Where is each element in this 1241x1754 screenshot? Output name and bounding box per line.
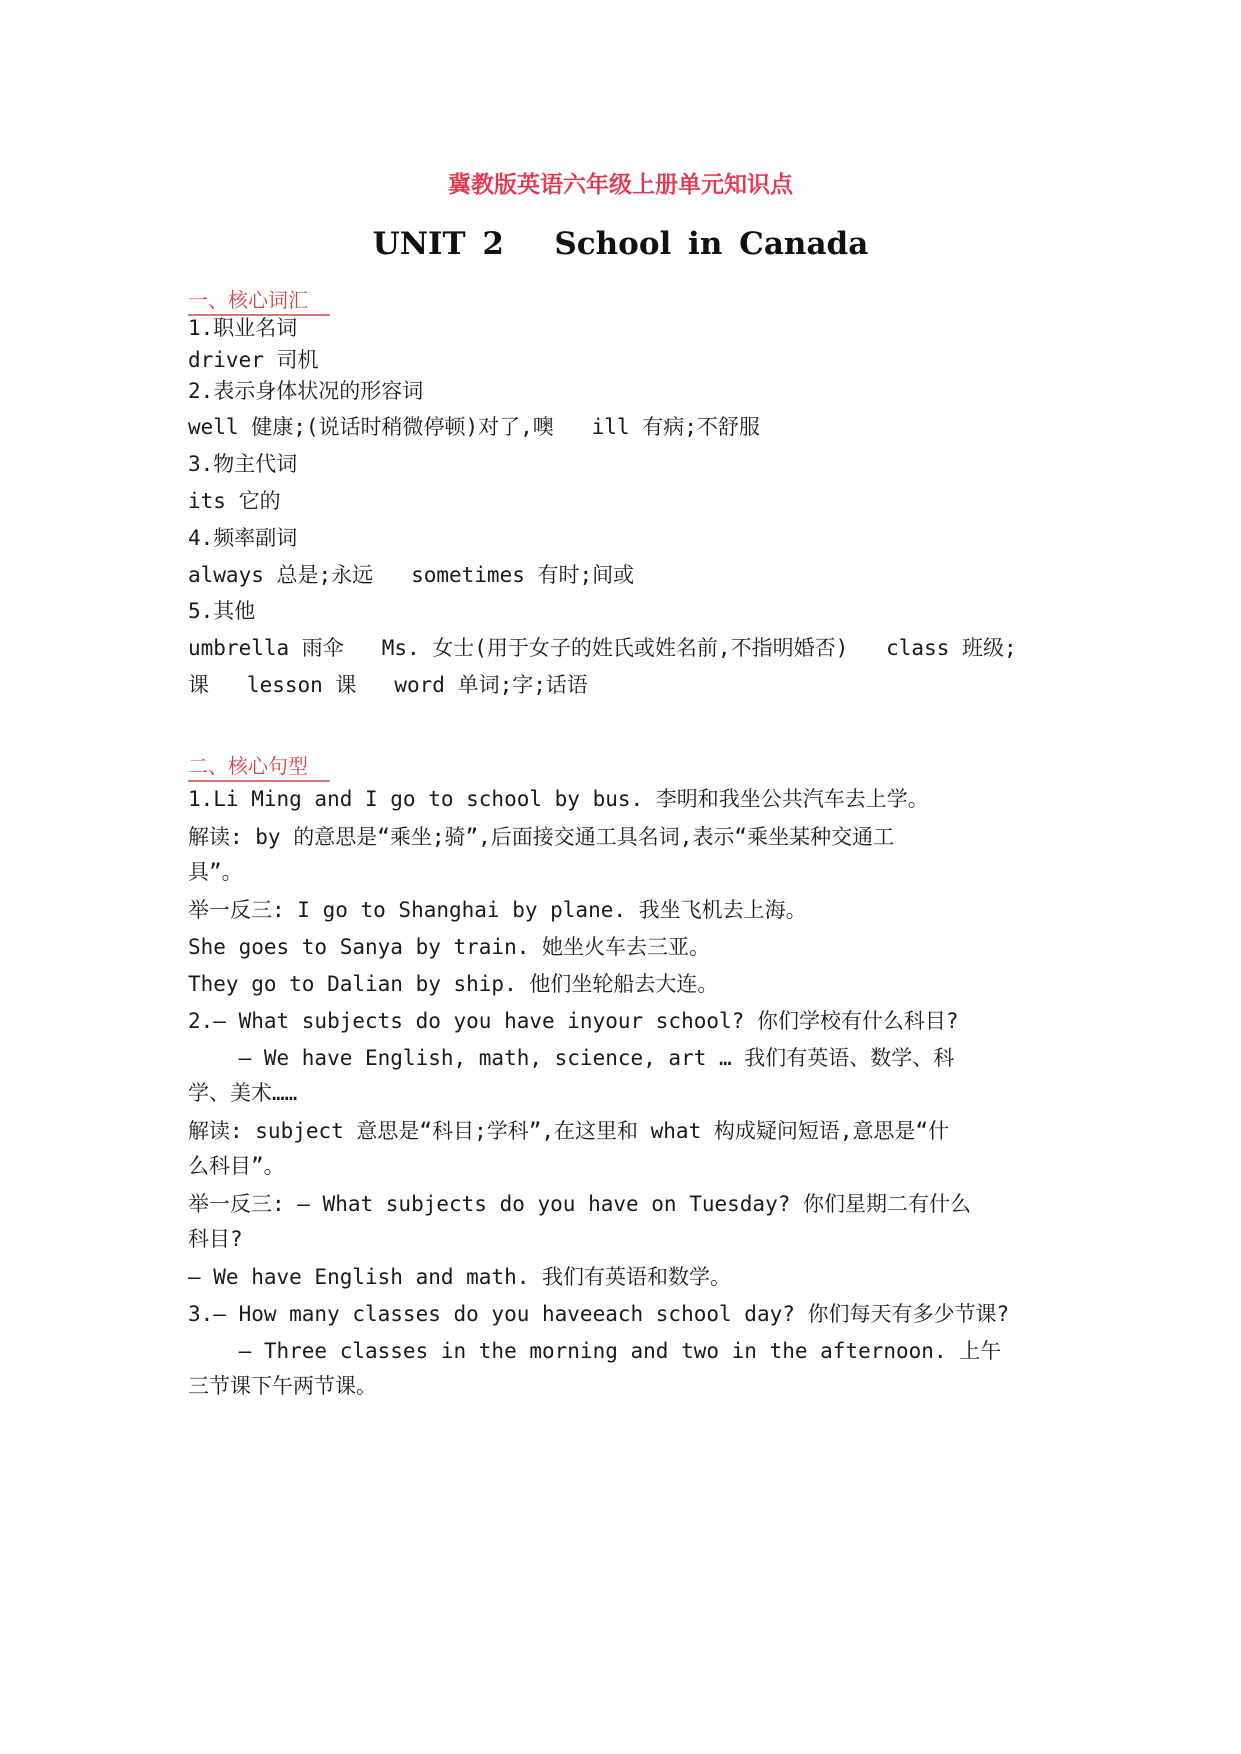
sentence-2-answer: — We have English, math, science, art … … (188, 1043, 954, 1073)
vocab-category-others: 5.其他 (188, 596, 255, 626)
sentence-2-example-question-cont: 科目? (188, 1224, 243, 1254)
document-title: 冀教版英语六年级上册单元知识点 (0, 166, 1241, 199)
sentence-3-answer: — Three classes in the morning and two i… (188, 1336, 1001, 1366)
vocab-entry-its: its 它的 (188, 486, 281, 516)
vocab-entry-others-line2: 课 lesson 课 word 单词;字;话语 (188, 670, 588, 700)
sentence-1-explanation: 解读: by 的意思是“乘坐;骑”,后面接交通工具名词,表示“乘坐某种交通工 (188, 822, 894, 852)
sentence-1-example-3: They go to Dalian by ship. 他们坐轮船去大连。 (188, 969, 718, 999)
sentence-2-explanation-cont: 么科目”。 (188, 1151, 285, 1181)
section-heading-vocabulary: 一、核心词汇 (188, 286, 330, 316)
sentence-1-example-2: She goes to Sanya by train. 她坐火车去三亚。 (188, 932, 710, 962)
vocab-category-frequency-adverbs: 4.频率副词 (188, 523, 297, 553)
vocab-entry-well-ill: well 健康;(说话时稍微停顿)对了,噢 ill 有病;不舒服 (188, 412, 760, 442)
document-page: 冀教版英语六年级上册单元知识点 UNIT 2 School in Canada … (0, 0, 1241, 1754)
sentence-2-question: 2.— What subjects do you have inyour sch… (188, 1006, 959, 1036)
section-heading-sentences: 二、核心句型 (188, 752, 330, 782)
vocab-category-possessive-pronoun: 3.物主代词 (188, 449, 297, 479)
sentence-3-answer-cont: 三节课下午两节课。 (188, 1371, 377, 1401)
vocab-category-occupation: 1.职业名词 (188, 313, 297, 343)
sentence-1: 1.Li Ming and I go to school by bus. 李明和… (188, 784, 929, 814)
sentence-2-example-answer: — We have English and math. 我们有英语和数学。 (188, 1262, 731, 1292)
sentence-1-example-1: 举一反三: I go to Shanghai by plane. 我坐飞机去上海… (188, 895, 807, 925)
vocab-category-health-adjectives: 2.表示身体状况的形容词 (188, 376, 423, 406)
sentence-3-question: 3.— How many classes do you haveeach sch… (188, 1299, 1009, 1329)
vocab-entry-always-sometimes: always 总是;永远 sometimes 有时;间或 (188, 560, 634, 590)
vocab-entry-driver: driver 司机 (188, 345, 319, 375)
unit-title: UNIT 2 School in Canada (0, 226, 1241, 262)
sentence-1-explanation-cont: 具”。 (188, 857, 243, 887)
sentence-2-example-question: 举一反三: — What subjects do you have on Tue… (188, 1189, 971, 1219)
sentence-2-explanation: 解读: subject 意思是“科目;学科”,在这里和 what 构成疑问短语,… (188, 1116, 949, 1146)
vocab-entry-others-line1: umbrella 雨伞 Ms. 女士(用于女子的姓氏或姓名前,不指明婚否) cl… (188, 633, 1017, 663)
sentence-2-answer-cont: 学、美术…… (188, 1078, 297, 1108)
